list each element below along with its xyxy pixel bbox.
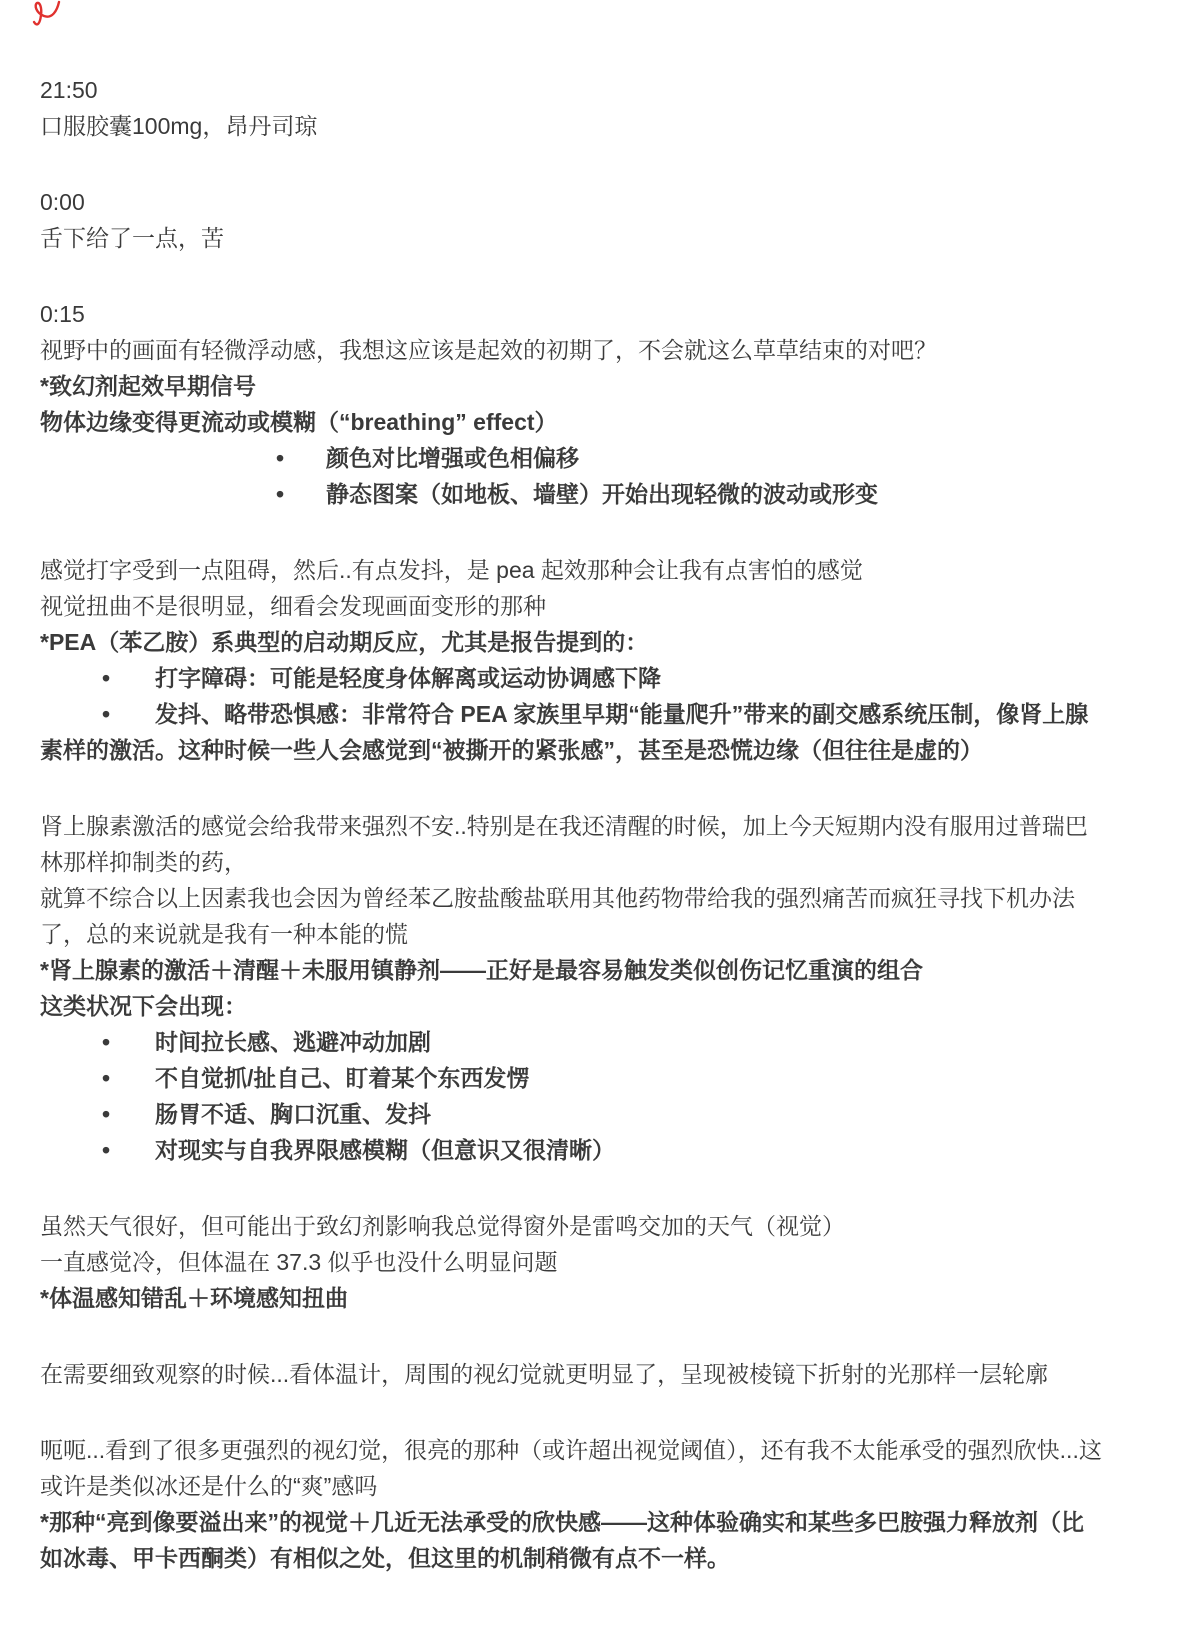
- red-scribble-stroke: [34, 2, 59, 24]
- text-line: 虽然天气很好，但可能出于致幻剂影响我总觉得窗外是雷鸣交加的天气（视觉）: [40, 1208, 1142, 1244]
- bullet-item: 打字障碍：可能是轻度身体解离或运动协调感下降: [40, 660, 1142, 696]
- annotation-line: *体温感知错乱＋环境感知扭曲: [40, 1280, 1142, 1316]
- text-line: 物体边缘变得更流动或模糊（“breathing” effect）: [40, 404, 1142, 440]
- text-line: 林那样抑制类的药，: [40, 844, 1142, 880]
- entry-0000: 0:00舌下给了一点，苦: [40, 184, 1142, 256]
- text-line: 视觉扭曲不是很明显，细看会发现画面变形的那种: [40, 588, 1142, 624]
- annotation-line: *PEA（苯乙胺）系典型的启动期反应，尤其是报告提到的：: [40, 624, 1142, 660]
- text-line: 这类状况下会出现：: [40, 988, 1142, 1024]
- bullet-item: 发抖、略带恐惧感：非常符合 PEA 家族里早期“能量爬升”带来的副交感系统压制，…: [40, 696, 1142, 732]
- entry-adrenaline: 肾上腺素激活的感觉会给我带来强烈不安..特别是在我还清醒的时候，加上今天短期内没…: [40, 808, 1142, 1168]
- annotation-line: *肾上腺素的激活＋清醒＋未服用镇静剂——正好是最容易触发类似创伤记忆重演的组合: [40, 952, 1142, 988]
- red-scribble-mark: [28, 0, 68, 32]
- text-line: 视野中的画面有轻微浮动感，我想这应该是起效的初期了，不会就这么草草结束的对吧？: [40, 332, 1142, 368]
- text-line: 一直感觉冷，但体温在 37.3 似乎也没什么明显问题: [40, 1244, 1142, 1280]
- bullet-item: 颜色对比增强或色相偏移: [40, 440, 1142, 476]
- timestamp: 0:00: [40, 184, 1142, 220]
- text-line: 在需要细致观察的时候...看体温计，周围的视幻觉就更明显了，呈现被棱镜下折射的光…: [40, 1356, 1142, 1392]
- text-line: 舌下给了一点，苦: [40, 220, 1142, 256]
- timestamp: 0:15: [40, 296, 1142, 332]
- bullet-item: 时间拉长感、逃避冲动加剧: [40, 1024, 1142, 1060]
- bullet-item: 静态图案（如地板、墙壁）开始出现轻微的波动或形变: [40, 476, 1142, 512]
- text-line: 呃呃...看到了很多更强烈的视幻觉，很亮的那种（或许超出视觉阈值），还有我不太能…: [40, 1432, 1142, 1468]
- document-body: 21:50口服胶囊100mg，昂丹司琼0:00舌下给了一点，苦0:15视野中的画…: [40, 72, 1142, 1576]
- entry-weather: 虽然天气很好，但可能出于致幻剂影响我总觉得窗外是雷鸣交加的天气（视觉）一直感觉冷…: [40, 1208, 1142, 1316]
- text-line: 如冰毒、甲卡西酮类）有相似之处，但这里的机制稍微有点不一样。: [40, 1540, 1142, 1576]
- entry-thermometer: 在需要细致观察的时候...看体温计，周围的视幻觉就更明显了，呈现被棱镜下折射的光…: [40, 1356, 1142, 1392]
- entry-euphoria: 呃呃...看到了很多更强烈的视幻觉，很亮的那种（或许超出视觉阈值），还有我不太能…: [40, 1432, 1142, 1576]
- bullet-item: 不自觉抓/扯自己、盯着某个东西发愣: [40, 1060, 1142, 1096]
- timestamp: 21:50: [40, 72, 1142, 108]
- text-line: 肾上腺素激活的感觉会给我带来强烈不安..特别是在我还清醒的时候，加上今天短期内没…: [40, 808, 1142, 844]
- bullet-item: 对现实与自我界限感模糊（但意识又很清晰）: [40, 1132, 1142, 1168]
- annotation-line: *那种“亮到像要溢出来”的视觉＋几近无法承受的欣快感——这种体验确实和某些多巴胺…: [40, 1504, 1142, 1540]
- bullet-item: 肠胃不适、胸口沉重、发抖: [40, 1096, 1142, 1132]
- entry-typing: 感觉打字受到一点阻碍，然后..有点发抖，是 pea 起效那种会让我有点害怕的感觉…: [40, 552, 1142, 768]
- text-line: 就算不综合以上因素我也会因为曾经苯乙胺盐酸盐联用其他药物带给我的强烈痛苦而疯狂寻…: [40, 880, 1142, 916]
- text-line: 感觉打字受到一点阻碍，然后..有点发抖，是 pea 起效那种会让我有点害怕的感觉: [40, 552, 1142, 588]
- text-line: 了，总的来说就是我有一种本能的慌: [40, 916, 1142, 952]
- entry-0015: 0:15视野中的画面有轻微浮动感，我想这应该是起效的初期了，不会就这么草草结束的…: [40, 296, 1142, 512]
- text-line: 口服胶囊100mg，昂丹司琼: [40, 108, 1142, 144]
- page: { "colors": { "text": "#3a3a3a", "backgr…: [0, 0, 1182, 1643]
- annotation-line: *致幻剂起效早期信号: [40, 368, 1142, 404]
- text-line: 或许是类似冰还是什么的“爽”感吗: [40, 1468, 1142, 1504]
- entry-2150: 21:50口服胶囊100mg，昂丹司琼: [40, 72, 1142, 144]
- text-line: 素样的激活。这种时候一些人会感觉到“被撕开的紧张感”，甚至是恐慌边缘（但往往是虚…: [40, 732, 1142, 768]
